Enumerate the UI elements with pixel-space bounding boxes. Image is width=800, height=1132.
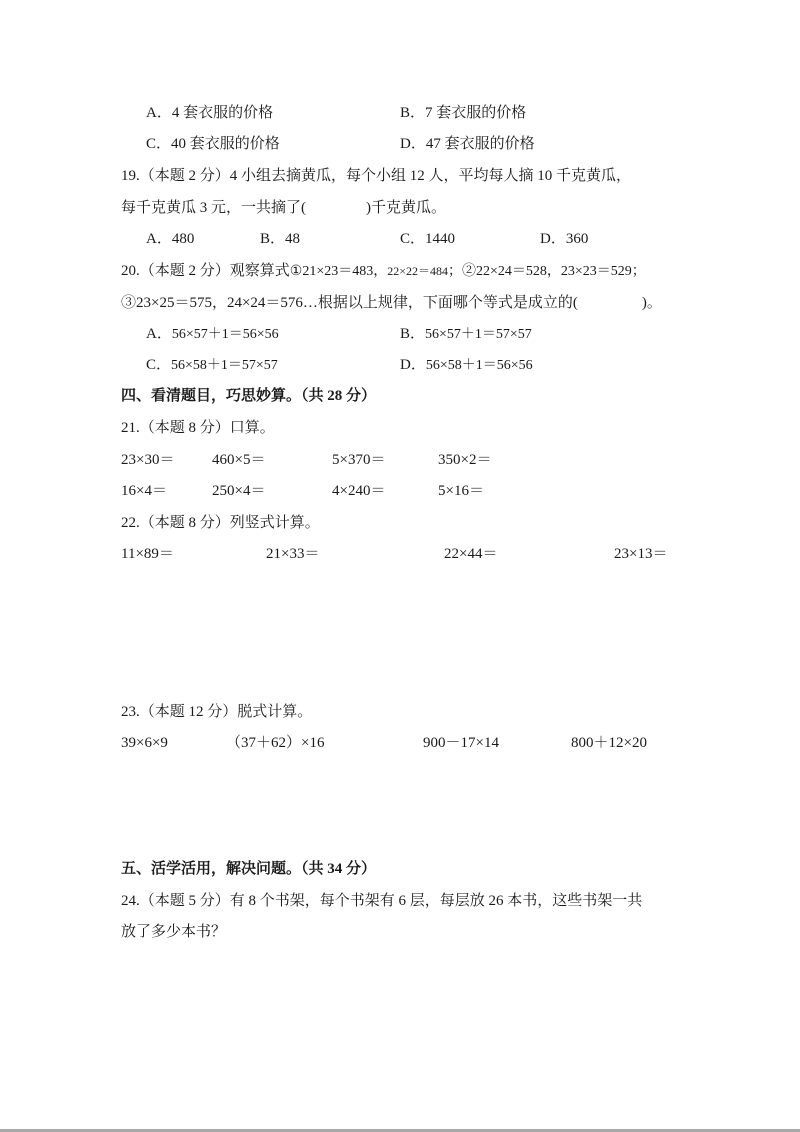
q20-option-b: B．56×57＋1＝57×57 bbox=[400, 324, 532, 345]
q21-item: 23×30＝ bbox=[121, 450, 174, 470]
q20-option-c: C．56×58＋1＝57×57 bbox=[146, 355, 278, 376]
q19-option-a: A．480 bbox=[146, 229, 194, 249]
q22-item: 21×33＝ bbox=[266, 544, 319, 564]
q22-title: 22.（本题 8 分）列竖式计算。 bbox=[121, 513, 320, 533]
q18-option-a: A．4 套衣服的价格 bbox=[146, 103, 273, 123]
section-4-heading: 四、看清题目，巧思妙算。（共 28 分） bbox=[121, 386, 376, 406]
q20-line2: ③23×25＝575，24×24＝576…根据以上规律，下面哪个等式是成立的()… bbox=[121, 293, 662, 313]
q23-item: 900－17×14 bbox=[423, 733, 499, 753]
option-label: C． bbox=[400, 231, 425, 247]
q19-line2-start: 每千克黄瓜 3 元，一共摘了( bbox=[121, 200, 306, 216]
option-text: 56×57＋1＝56×56 bbox=[172, 327, 279, 342]
option-text: 56×57＋1＝57×57 bbox=[425, 327, 532, 342]
option-text: 4 套衣服的价格 bbox=[172, 105, 273, 121]
option-label: C． bbox=[146, 136, 171, 152]
q21-item: 16×4＝ bbox=[121, 481, 167, 501]
q20-option-d: D．56×58＋1＝56×56 bbox=[400, 355, 533, 376]
q19-line2: 每千克黄瓜 3 元，一共摘了()千克黄瓜。 bbox=[121, 198, 446, 218]
q19-line1: 19.（本题 2 分）4 小组去摘黄瓜，每个小组 12 人，平均每人摘 10 千… bbox=[121, 166, 631, 186]
option-text: 56×58＋1＝56×56 bbox=[426, 358, 533, 373]
option-text: 40 套衣服的价格 bbox=[171, 136, 280, 152]
option-label: A． bbox=[146, 105, 172, 121]
q21-item: 5×370＝ bbox=[332, 450, 385, 470]
q19-option-b: B．48 bbox=[260, 229, 300, 249]
q21-item: 250×4＝ bbox=[212, 481, 265, 501]
option-label: D． bbox=[400, 357, 426, 373]
option-label: B． bbox=[260, 231, 285, 247]
section-5-heading: 五、活学活用，解决问题。（共 34 分） bbox=[121, 859, 376, 879]
q21-item: 5×16＝ bbox=[438, 481, 484, 501]
q18-option-c: C．40 套衣服的价格 bbox=[146, 134, 280, 154]
q22-item: 22×44＝ bbox=[444, 544, 497, 564]
option-label: A． bbox=[146, 326, 172, 342]
option-label: A． bbox=[146, 231, 172, 247]
q19-option-d: D．360 bbox=[540, 229, 588, 249]
option-label: B． bbox=[400, 326, 425, 342]
q20-option-a: A．56×57＋1＝56×56 bbox=[146, 324, 279, 345]
option-label: B． bbox=[400, 105, 425, 121]
q18-option-b: B．7 套衣服的价格 bbox=[400, 103, 526, 123]
q23-title: 23.（本题 12 分）脱式计算。 bbox=[121, 702, 312, 722]
q19-line2-end: )千克黄瓜。 bbox=[366, 200, 446, 216]
q20-eq3: ；②22×24＝528，23×23＝529； bbox=[448, 264, 646, 279]
q22-item: 23×13＝ bbox=[614, 544, 667, 564]
option-label: C． bbox=[146, 357, 171, 373]
option-text: 56×58＋1＝57×57 bbox=[171, 358, 278, 373]
option-label: D． bbox=[400, 136, 426, 152]
q23-item: 800＋12×20 bbox=[571, 733, 647, 753]
q23-item: （37＋62）×16 bbox=[226, 733, 324, 753]
option-text: 7 套衣服的价格 bbox=[425, 105, 526, 121]
option-text: 1440 bbox=[425, 231, 455, 247]
option-text: 480 bbox=[172, 231, 195, 247]
q19-option-c: C．1440 bbox=[400, 229, 455, 249]
q21-item: 460×5＝ bbox=[212, 450, 265, 470]
option-text: 360 bbox=[566, 231, 589, 247]
q24-line1: 24.（本题 5 分）有 8 个书架，每个书架有 6 层，每层放 26 本书，这… bbox=[121, 891, 642, 911]
option-text: 47 套衣服的价格 bbox=[426, 136, 535, 152]
q22-item: 11×89＝ bbox=[121, 544, 174, 564]
q20-line2-start: ③23×25＝575，24×24＝576…根据以上规律，下面哪个等式是成立的( bbox=[121, 295, 578, 311]
q24-line2: 放了多少本书？ bbox=[121, 922, 226, 942]
q20-line1: 20.（本题 2 分）观察算式①21×23＝483，22×22＝484；②22×… bbox=[121, 261, 646, 282]
q20-line2-end: )。 bbox=[642, 295, 662, 311]
q18-option-d: D．47 套衣服的价格 bbox=[400, 134, 535, 154]
option-label: D． bbox=[540, 231, 566, 247]
option-text: 48 bbox=[285, 231, 300, 247]
q21-item: 4×240＝ bbox=[332, 481, 385, 501]
q20-eq2: 22×22＝484 bbox=[387, 264, 448, 278]
q21-title: 21.（本题 8 分）口算。 bbox=[121, 418, 275, 438]
q20-eq1: ①21×23＝483， bbox=[290, 264, 387, 279]
q23-item: 39×6×9 bbox=[121, 733, 168, 753]
q20-prefix: 20.（本题 2 分）观察算式 bbox=[121, 263, 290, 279]
q21-item: 350×2＝ bbox=[438, 450, 491, 470]
